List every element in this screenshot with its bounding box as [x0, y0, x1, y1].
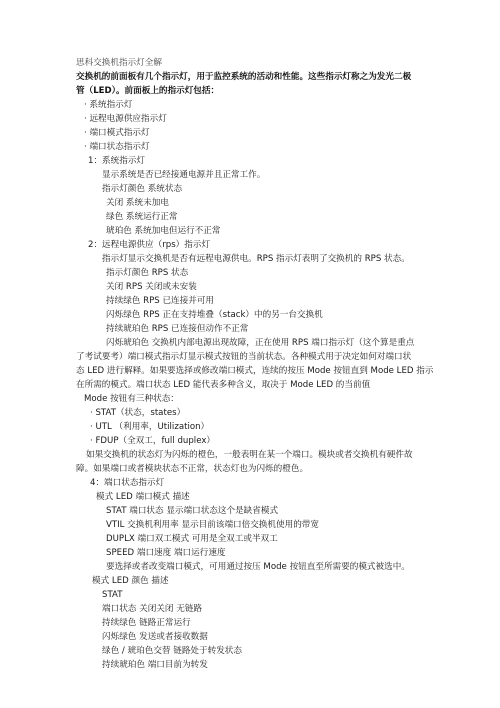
- section2-row: 持续绿色 RPS 已连接并可用: [106, 294, 214, 308]
- bullet-port-status-led: · 端口状态指示灯: [84, 140, 150, 154]
- section2-row: 闪烁绿色 RPS 正在支持堆叠（stack）中的另一台交换机: [106, 308, 323, 322]
- mode-state-utl: · UTL （利用率，Utilization）: [90, 420, 209, 434]
- section5-row: 闪烁绿色 发送或者接收数据: [102, 630, 208, 644]
- section4-row: VTIL 交换机利用率 显示目前该端口倍交换机使用的带宽: [106, 518, 319, 532]
- section2-row: 持续琥珀色 RPS 已连接但动作不正常: [106, 322, 248, 336]
- mode-state-fdup: · FDUP（全双工，full duplex）: [90, 434, 215, 448]
- intro-line-1: 交换机的前面板有几个指示灯，用于监控系统的活动和性能。这些指示灯称之为发光二极: [76, 70, 411, 84]
- paragraph4-line-2: 障。如果端口或者模块状态不正常，状态灯也为闪烁的橙色。: [76, 462, 308, 476]
- bullet-rps-led: · 远程电源供应指示灯: [84, 112, 167, 126]
- section2-table-header: 指示灯颜色 RPS 状态: [106, 266, 188, 280]
- section5-row: 持续绿色 链路正常运行: [102, 616, 191, 630]
- section1-row: 关闭 系统未加电: [106, 196, 169, 210]
- bullet-system-led: · 系统指示灯: [84, 98, 132, 112]
- paragraph3-line-2: 了考试要考）端口模式指示灯显示模式按钮的当前状态。各种模式用于决定如何对端口状: [76, 350, 411, 364]
- section5-mode: STAT: [102, 588, 123, 602]
- section1-row: 绿色 系统运行正常: [106, 210, 177, 224]
- section4-note: 要选择或者改变端口模式，可用通过按压 Mode 按钮直至所需要的模式被选中。: [106, 560, 410, 574]
- document-title: 思科交换机指示灯全解: [76, 56, 162, 70]
- mode-state-stat: · STAT（状态，states）: [90, 406, 185, 420]
- section5-row: 绿色 / 琥珀色交替 链路处于转发状态: [102, 644, 242, 658]
- section4-table-header: 模式 LED 端口模式 描述: [96, 490, 190, 504]
- paragraph3-line-4: 在所需的模式。端口状态 LED 能代表多种含义，取决于 Mode LED 的当前…: [76, 378, 370, 392]
- section2-row: 关闭 RPS 关闭或未安装: [106, 280, 197, 294]
- paragraph4-line-1: 如果交换机的状态灯为闪烁的橙色，一般表明在某一个端口。模块或者交换机有硬件故: [86, 448, 413, 462]
- section5-table-header: 模式 LED 颜色 描述: [92, 574, 169, 588]
- document-page: 思科交换机指示灯全解 交换机的前面板有几个指示灯，用于监控系统的活动和性能。这些…: [0, 0, 500, 708]
- section1-table-header: 指示灯颜色 系统状态: [102, 182, 182, 196]
- paragraph3-line-3: 态 LED 进行解释。如果要选择或修改端口模式，连续的按压 Mode 按钮直到 …: [76, 364, 433, 378]
- intro-line-2: 管（LED）。前面板上的指示灯包括：: [76, 84, 219, 98]
- bullet-port-mode-led: · 端口模式指示灯: [84, 126, 150, 140]
- section4-heading: 4：端口状态指示灯: [90, 476, 164, 490]
- section1-desc: 显示系统是否已经接通电源并且正常工作。: [102, 168, 265, 182]
- section4-row: STAT 端口状态 显示端口状态这个是缺省模式: [106, 504, 278, 518]
- section1-row: 琥珀色 系统加电但运行不正常: [106, 224, 220, 238]
- section2-heading: 2：远程电源供应（rps）指示灯: [88, 238, 210, 252]
- section1-heading: 1：系统指示灯: [88, 154, 145, 168]
- section4-row: DUPLX 端口双工模式 可用是全双工或半双工: [106, 532, 278, 546]
- section2-desc: 指示灯显示交换机是否有远程电源供电。RPS 指示灯表明了交换机的 RPS 状态。: [102, 252, 410, 266]
- paragraph3-line-1: 闪烁琥珀色 交换机内部电源出现故障，正在使用 RPS 端口指示灯（这个算是重点: [106, 336, 414, 350]
- section5-row: 持续琥珀色 端口目前为转发: [102, 658, 208, 672]
- section5-row: 端口状态 关闭关闭 无链路: [102, 602, 202, 616]
- mode-intro: Mode 按钮有三种状态：: [84, 392, 179, 406]
- section4-row: SPEED 端口速度 端口运行速度: [106, 546, 226, 560]
